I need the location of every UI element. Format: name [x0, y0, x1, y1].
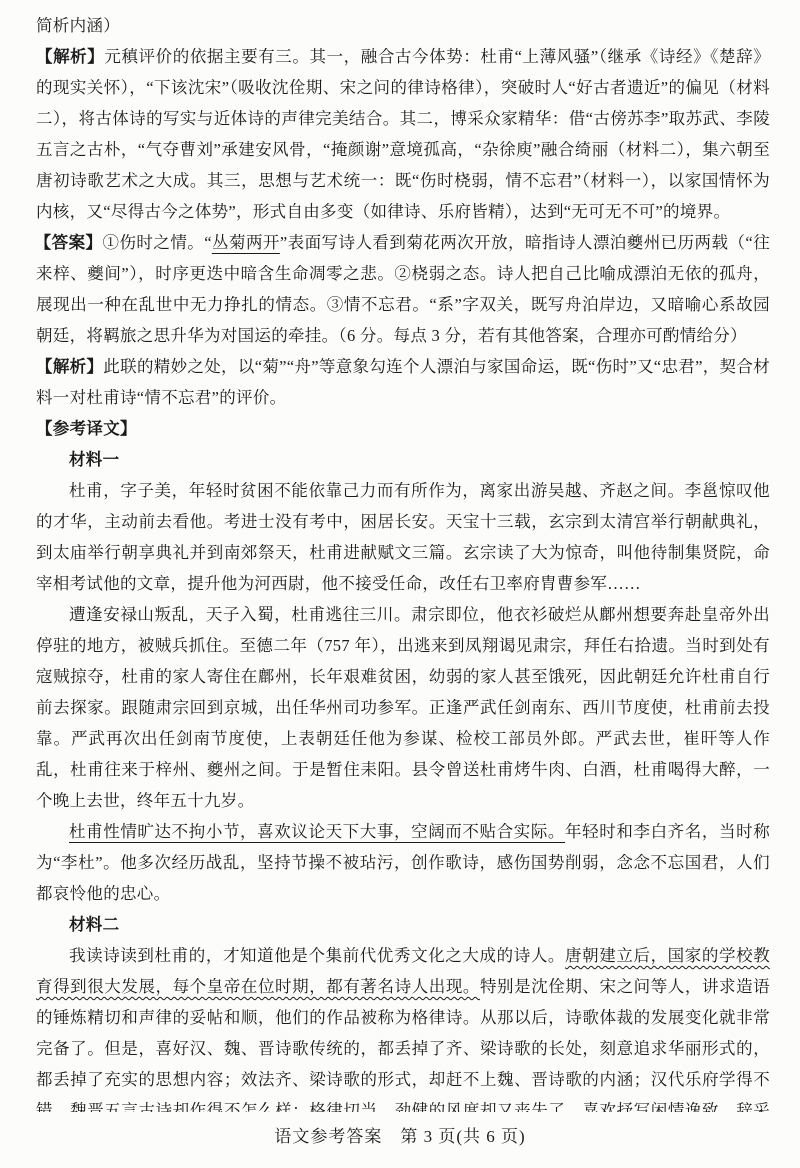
answer-sheet-page: 简析内涵） 【解析】元稹评价的依据主要有三。其一，融合古今体势：杜甫“上薄风骚”…: [0, 0, 800, 1168]
heading-text: 【参考译文】: [36, 419, 137, 438]
footer-text: 语文参考答案 第 3 页(共 6 页): [274, 1127, 525, 1146]
heading-text: 材料二: [69, 915, 119, 934]
answer-underlined-phrase: 丛菊两开: [212, 233, 280, 252]
material-2-heading: 材料二: [36, 909, 770, 940]
intro-continuation-line: 简析内涵）: [36, 10, 770, 41]
underlined-sentence: 杜甫性情旷达不拘小节，喜欢议论天下大事，空阔而不贴合实际。: [69, 822, 565, 841]
material-1-paragraph-2: 遭逢安禄山叛乱，天子入蜀，杜甫逃往三川。肃宗即位，他衣衫破烂从鄜州想要奔赴皇帝外…: [36, 599, 770, 816]
answer-label: 【答案】: [36, 233, 103, 252]
answer-text-before: ①伤时之情。“: [103, 233, 212, 252]
material-2-paragraph-1: 我读诗读到杜甫的，才知道他是个集前代优秀文化之大成的诗人。唐朝建立后，国家的学校…: [36, 940, 770, 1112]
reference-translation-heading: 【参考译文】: [36, 413, 770, 444]
question-16-answer: 16.【答案】①伤时之情。“丛菊两开”表面写诗人看到菊花两次开放，暗指诗人漂泊夔…: [36, 227, 770, 351]
analysis-label: 【解析】: [36, 357, 103, 376]
paragraph-text: 特别是沈佺期、宋之问等人，讲求造语的锤炼精切和声律的妥帖和顺，他们的作品被称为格…: [36, 977, 770, 1112]
page-footer: 语文参考答案 第 3 页(共 6 页): [0, 1122, 800, 1147]
material-1-paragraph-3: 杜甫性情旷达不拘小节，喜欢议论天下大事，空阔而不贴合实际。年轻时和李白齐名，当时…: [36, 816, 770, 909]
analysis-text: 此联的精妙之处，以“菊”“舟”等意象勾连个人漂泊与家国命运，既“伤时”又“忠君”…: [36, 357, 770, 407]
paragraph-text: 遭逢安禄山叛乱，天子入蜀，杜甫逃往三川。肃宗即位，他衣衫破烂从鄜州想要奔赴皇帝外…: [36, 605, 770, 810]
material-1-paragraph-1: 杜甫，字子美，年轻时贫困不能依靠己力而有所作为，离家出游吴越、齐赵之间。李邕惊叹…: [36, 475, 770, 599]
analysis-paragraph-16: 【解析】此联的精妙之处，以“菊”“舟”等意象勾连个人漂泊与家国命运，既“伤时”又…: [36, 351, 770, 413]
material-1-heading: 材料一: [36, 444, 770, 475]
analysis-label: 【解析】: [36, 47, 104, 66]
analysis-paragraph-15: 【解析】元稹评价的依据主要有三。其一，融合古今体势：杜甫“上薄风骚”（继承《诗经…: [36, 41, 770, 227]
analysis-text: 元稹评价的依据主要有三。其一，融合古今体势：杜甫“上薄风骚”（继承《诗经》《楚辞…: [36, 47, 770, 221]
paragraph-text: 我读诗读到杜甫的，才知道他是个集前代优秀文化之大成的诗人。: [69, 946, 565, 965]
page-content: 简析内涵） 【解析】元稹评价的依据主要有三。其一，融合古今体势：杜甫“上薄风骚”…: [36, 10, 770, 1112]
paragraph-text: 杜甫，字子美，年轻时贫困不能依靠己力而有所作为，离家出游吴越、齐赵之间。李邕惊叹…: [36, 481, 770, 593]
intro-text: 简析内涵）: [36, 16, 120, 35]
heading-text: 材料一: [69, 450, 119, 469]
